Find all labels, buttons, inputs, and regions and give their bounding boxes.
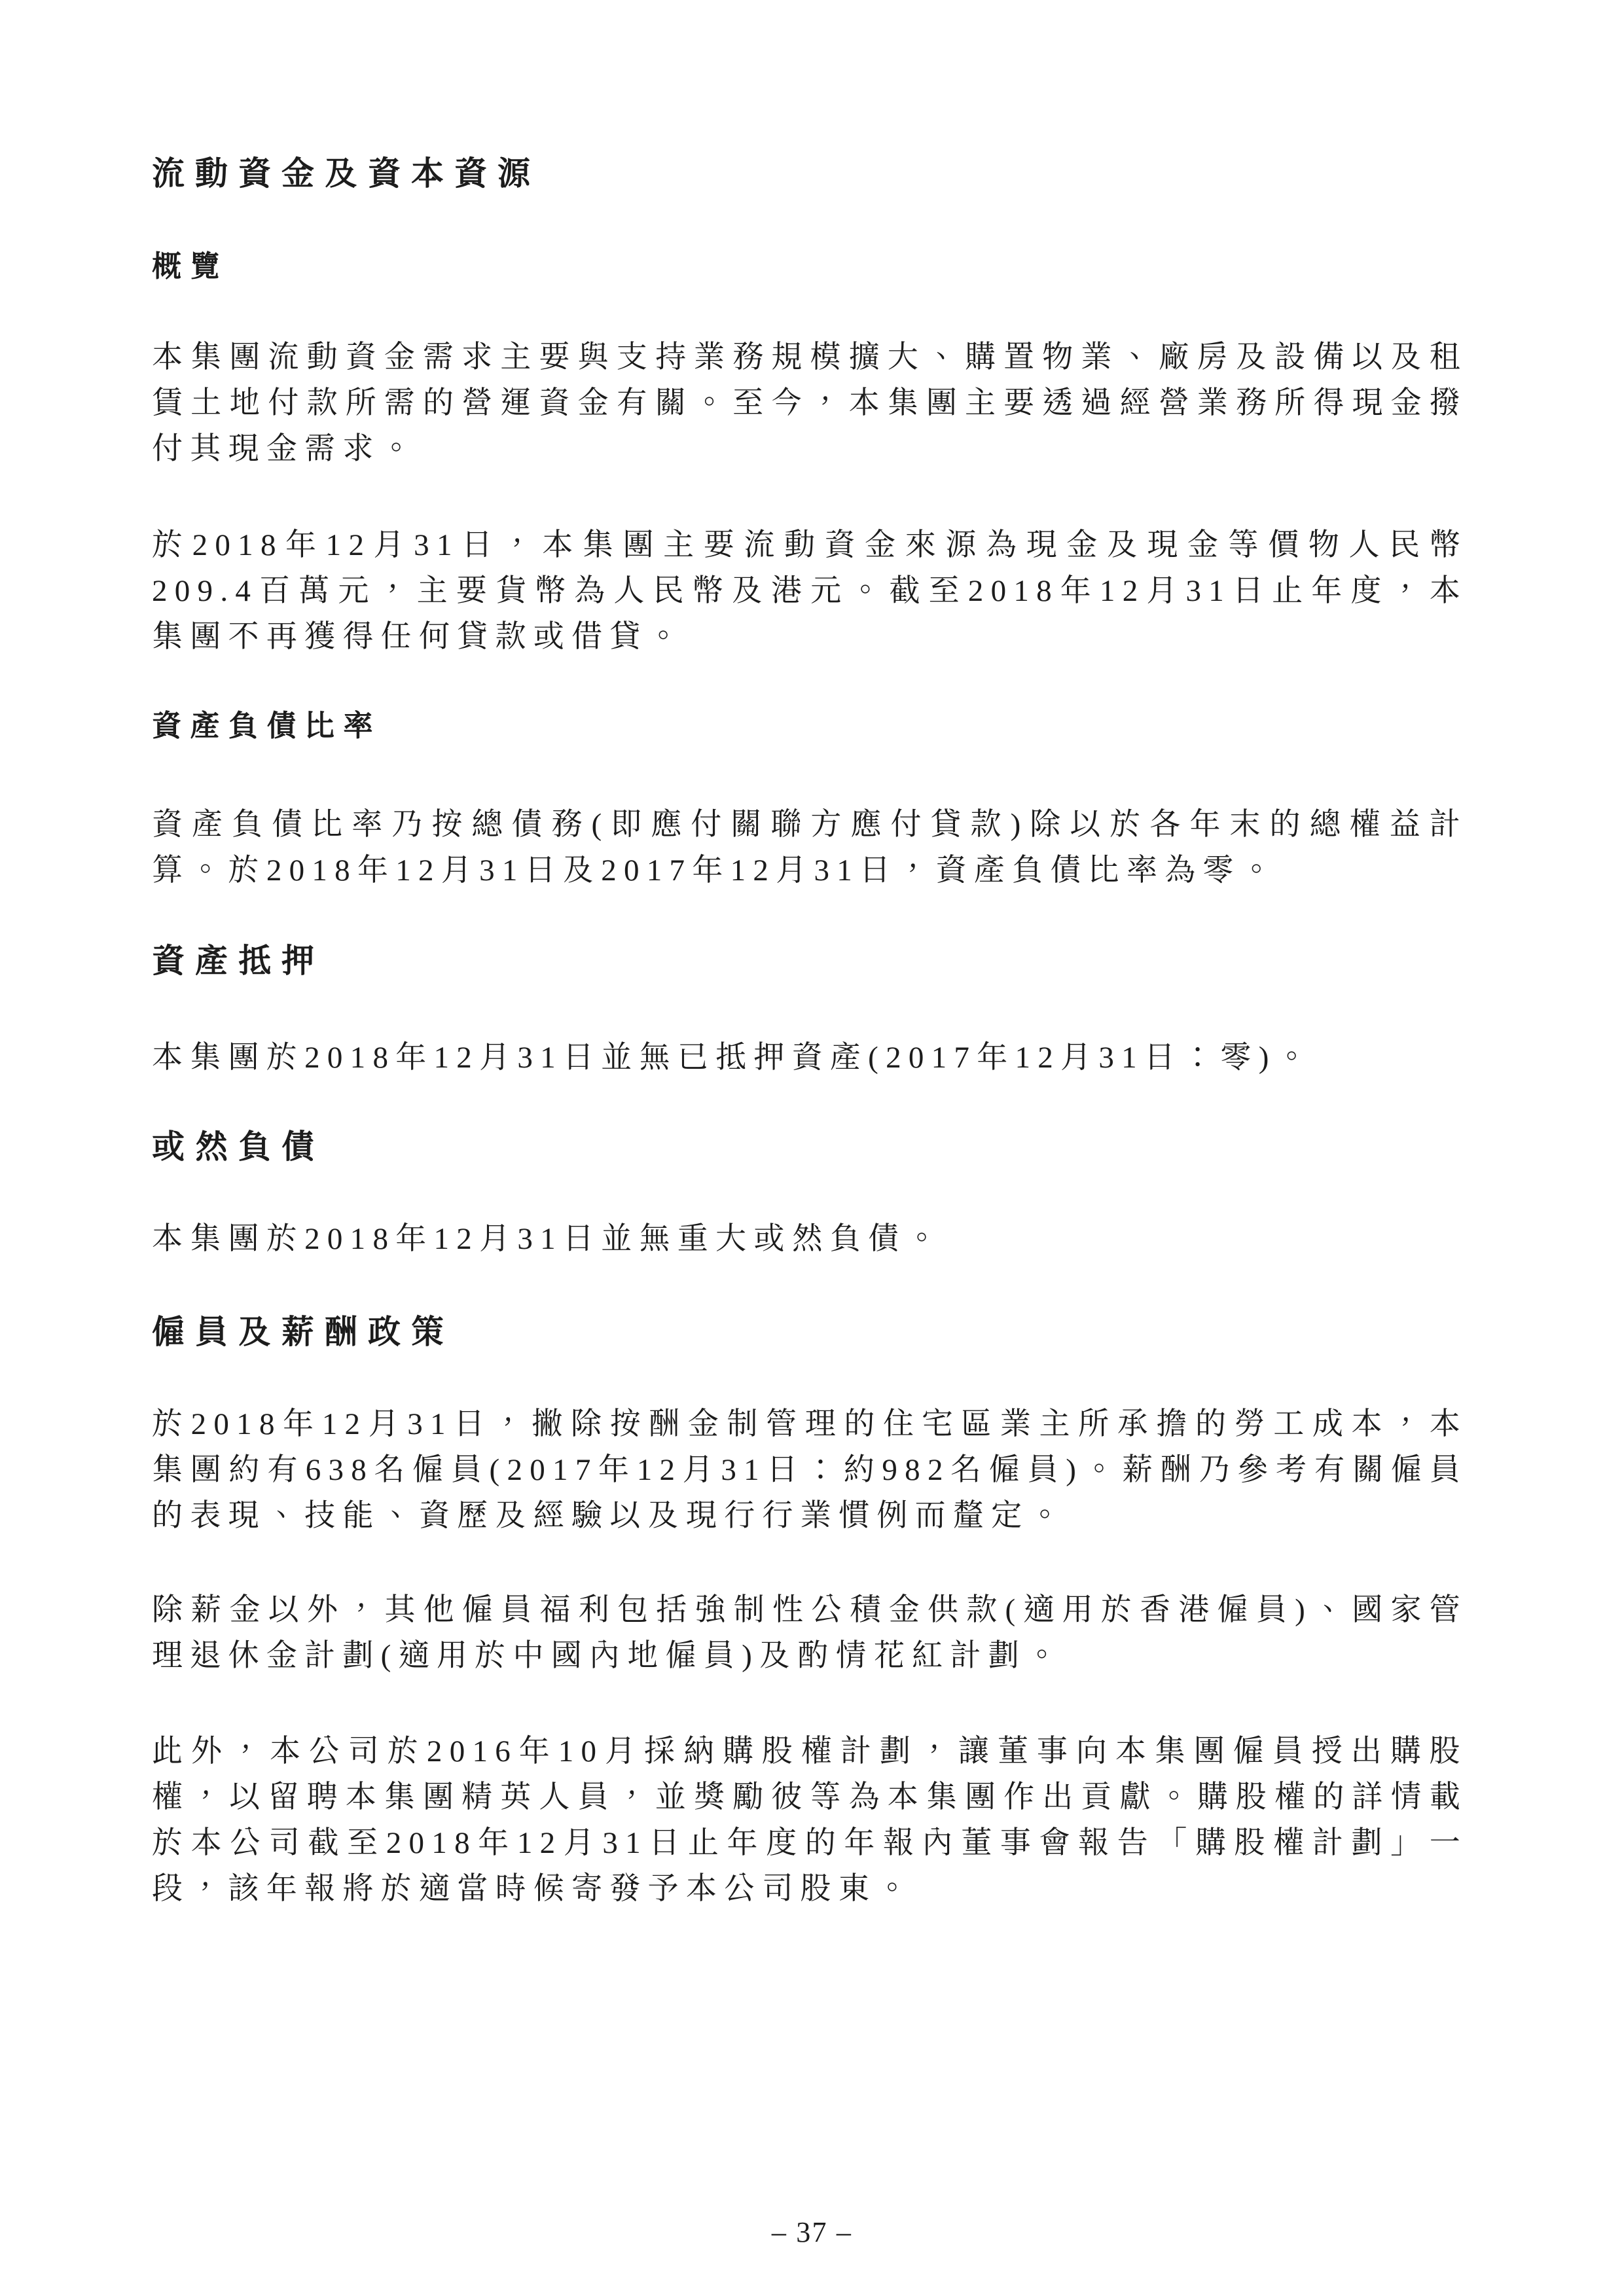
paragraph-gearing-ratio: 資產負債比率乃按總債務(即應付關聯方應付貸款)除以於各年末的總權益計算。於201… (152, 802, 1468, 893)
paragraph-employee-headcount: 於2018年12月31日，撇除按酬金制管理的住宅區業主所承擔的勞工成本，本集團約… (152, 1401, 1468, 1539)
document-page: 流動資金及資本資源 概覽 本集團流動資金需求主要與支持業務規模擴大、購置物業、廠… (0, 0, 1624, 2296)
heading-contingent-liabilities: 或然負債 (152, 1126, 1468, 1167)
heading-liquidity-and-capital-resources: 流動資金及資本資源 (152, 153, 1468, 194)
paragraph-cash-sources: 於2018年12月31日，本集團主要流動資金來源為現金及現金等價物人民幣209.… (152, 522, 1468, 660)
paragraph-employee-benefits: 除薪金以外，其他僱員福利包括強制性公積金供款(適用於香港僱員)、國家管理退休金計… (152, 1587, 1468, 1679)
heading-overview: 概覽 (152, 248, 1468, 285)
heading-gearing-ratio: 資產負債比率 (152, 708, 1468, 744)
page-number: – 37 – (0, 2216, 1624, 2249)
document-content: 流動資金及資本資源 概覽 本集團流動資金需求主要與支持業務規模擴大、購置物業、廠… (152, 0, 1468, 1912)
heading-pledge-of-assets: 資產抵押 (152, 941, 1468, 981)
paragraph-contingent-liabilities: 本集團於2018年12月31日並無重大或然負債。 (152, 1216, 1468, 1262)
paragraph-pledge-of-assets: 本集團於2018年12月31日並無已抵押資產(2017年12月31日：零)。 (152, 1035, 1468, 1081)
paragraph-share-option-scheme: 此外，本公司於2016年10月採納購股權計劃，讓董事向本集團僱員授出購股權，以留… (152, 1729, 1468, 1912)
heading-employees-and-remuneration: 僱員及薪酬政策 (152, 1312, 1468, 1352)
paragraph-working-capital-needs: 本集團流動資金需求主要與支持業務規模擴大、購置物業、廠房及設備以及租賃土地付款所… (152, 334, 1468, 472)
